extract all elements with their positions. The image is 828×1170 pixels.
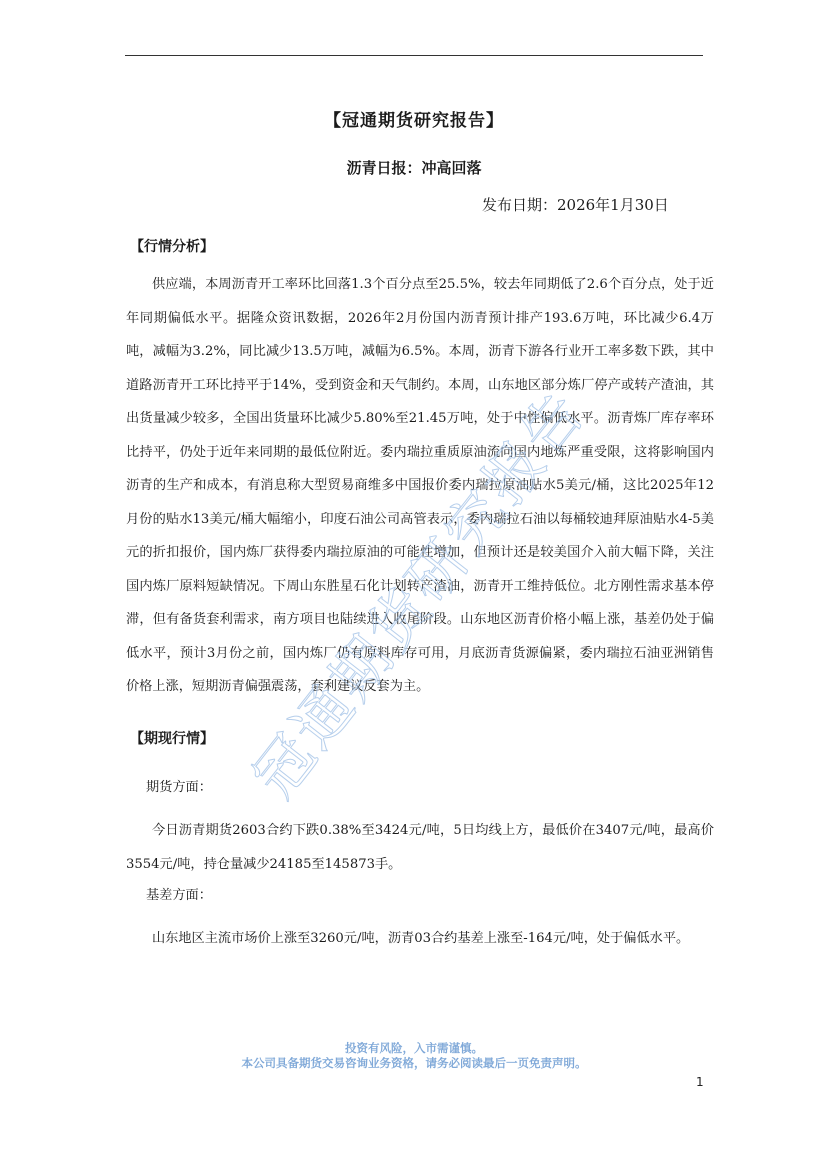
header-rule bbox=[125, 55, 703, 56]
futures-label: 期货方面： bbox=[146, 776, 212, 795]
publish-date: 发布日期：2026年1月30日 bbox=[482, 194, 669, 215]
basis-paragraph: 山东地区主流市场价上涨至3260元/吨，沥青03合约基差上涨至-164元/吨，处… bbox=[126, 922, 714, 956]
section-heading-futures-spot: 【期现行情】 bbox=[130, 728, 214, 748]
report-title: 【冠通期货研究报告】 bbox=[0, 106, 828, 131]
market-analysis-paragraph: 供应端，本周沥青开工率环比回落1.3个百分点至25.5%，较去年同期低了2.6个… bbox=[126, 268, 714, 704]
report-subtitle: 沥青日报：冲高回落 bbox=[0, 157, 828, 178]
footer-disclaimer: 本公司具备期货交易咨询业务资格，请务必阅读最后一页免责声明。 bbox=[0, 1055, 828, 1071]
section-heading-market-analysis: 【行情分析】 bbox=[130, 236, 214, 256]
basis-label: 基差方面： bbox=[146, 884, 212, 903]
page-number: 1 bbox=[696, 1075, 704, 1089]
futures-paragraph: 今日沥青期货2603合约下跌0.38%至3424元/吨，5日均线上方，最低价在3… bbox=[126, 814, 714, 881]
footer-risk-warning: 投资有风险，入市需谨慎。 bbox=[0, 1040, 828, 1056]
